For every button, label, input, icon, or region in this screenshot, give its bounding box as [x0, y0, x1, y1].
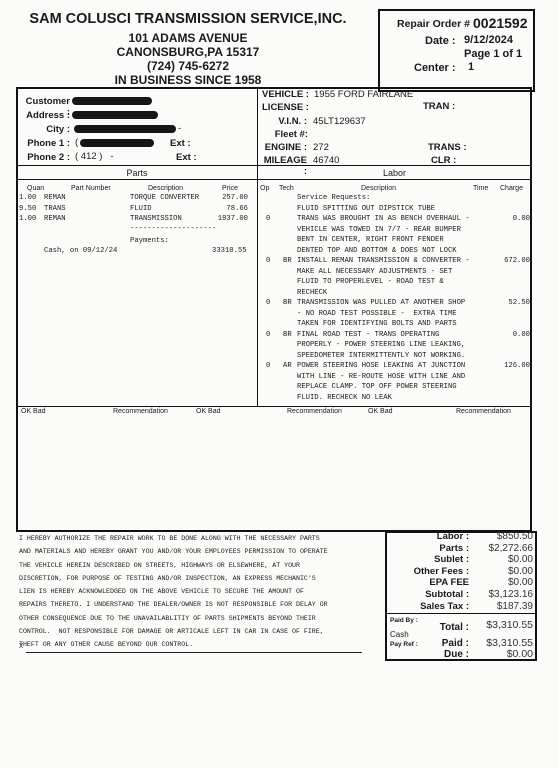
labor-header-description: Description: [361, 185, 396, 192]
rec-header-recommendation-3: Recommendation: [456, 408, 511, 415]
clr-label: CLR :: [431, 155, 456, 166]
labor-row-description: SPEEDOMETER INTERMITTENTLY NOT WORKING.: [297, 352, 465, 360]
labor-row-op: 0: [266, 299, 270, 307]
authorization-line: OTHER CONSEQUENCE DUE TO THE UNAVAILABLI…: [19, 612, 379, 625]
rec-header-okbad-1: OK Bad: [21, 408, 46, 415]
authorization-line: REPAIRS THERETO. I UNDERSTAND THE DEALER…: [19, 598, 379, 611]
totals-value: $187.39: [463, 601, 533, 612]
labor-header-charge: Charge: [500, 185, 523, 192]
parts-row-quantity: 9.50: [19, 205, 36, 213]
labor-row-description: BENT IN CENTER, RIGHT FRONT FENDER: [297, 236, 444, 244]
rec-header-okbad-3: OK Bad: [368, 408, 393, 415]
payment-amount: 33310.55: [212, 247, 247, 255]
totals-label: Sublet :: [389, 554, 469, 565]
labor-row-description: MAKE ALL NECESSARY ADJUSTMENTS - SET: [297, 268, 452, 276]
parts-row-quantity: 1.00: [19, 215, 36, 223]
labor-row-op: 0: [266, 215, 270, 223]
totals-label: EPA FEE: [389, 577, 469, 588]
totals-label: Subtotal :: [389, 589, 469, 600]
vehicle-label: VEHICLE :: [262, 89, 309, 100]
city-label: City :: [20, 124, 70, 135]
engine-label: ENGINE :: [262, 142, 307, 153]
totals-value: $0.00: [463, 566, 533, 577]
fleet-label: Fleet #:: [262, 129, 308, 140]
labor-row-charge: 52.50: [490, 299, 530, 307]
parts-row-quantity: 1.00: [19, 194, 36, 202]
labor-row-description: Service Requests:: [297, 194, 370, 202]
labor-row-description: - NO ROAD TEST POSSIBLE - EXTRA TIME: [297, 310, 457, 318]
date-value: 9/12/2024: [464, 34, 513, 46]
payment-line: Cash, on 09/12/24: [44, 247, 117, 255]
labor-row-description: POWER STEERING HOSE LEAKING AT JUNCTION: [297, 362, 465, 370]
repair-order-box: Repair Order # 0021592 Date : 9/12/2024 …: [378, 9, 535, 92]
authorization-line: THEFT OR ANY OTHER CAUSE BEYOND OUR CONT…: [19, 638, 379, 651]
parts-row-description: TRANSMISSION: [130, 215, 182, 223]
repair-order-label: Repair Order #: [397, 18, 470, 30]
center-value: 1: [468, 61, 474, 73]
labor-row-description: FLUID SPITTING OUT DIPSTICK TUBE: [297, 205, 435, 213]
divider-recommendations: [17, 406, 531, 407]
license-label: LICENSE :: [262, 102, 309, 113]
labor-row-charge: 672.00: [490, 257, 530, 265]
signature-mark: X: [19, 643, 23, 651]
totals-value: $2,272.66: [463, 543, 533, 554]
totals-label: Sales Tax :: [389, 601, 469, 612]
labor-header-op: Op: [260, 185, 269, 192]
labor-row-description: TRANSMISSION WAS PULLED AT ANOTHER SHOP: [297, 299, 465, 307]
labor-row-description: REPLACE CLAMP. TOP OFF POWER STEERING: [297, 383, 457, 391]
labor-row-tech: BR: [283, 257, 292, 265]
city-redacted: [74, 125, 176, 133]
total-label: Total :: [389, 622, 469, 633]
address-label: Address :: [20, 110, 70, 121]
labor-row-description: VEHICLE WAS TOWED IN 7/7 - REAR BUMPER: [297, 226, 461, 234]
phone1-label: Phone 1 :: [20, 138, 70, 149]
parts-header-quan: Quan: [27, 185, 44, 192]
payments-label: Payments:: [130, 237, 169, 245]
divider-customer-vehicle: [257, 88, 258, 406]
labor-row-description: TAKEN FOR IDENTIFYING BOLTS AND PARTS: [297, 320, 457, 328]
parts-row-price: 1937.00: [200, 215, 248, 223]
rec-header-recommendation-2: Recommendation: [287, 408, 342, 415]
company-name: SAM COLUSCI TRANSMISSION SERVICE,INC.: [20, 11, 356, 27]
parts-title: Parts: [17, 168, 257, 178]
parts-header-price: Price: [222, 185, 238, 192]
labor-row-charge: 0.00: [490, 215, 530, 223]
phone1-prefix: (: [75, 137, 78, 148]
labor-row-op: 0: [266, 331, 270, 339]
totals-value: $0.00: [463, 577, 533, 588]
labor-row-description: DENTED TOP AND BOTTOM & DOES NOT LOCK: [297, 247, 457, 255]
vin-label: V.I.N. :: [262, 116, 307, 127]
page-indicator: Page 1 of 1: [464, 48, 522, 60]
paid-label: Paid :: [389, 638, 469, 649]
authorization-line: I HEREBY AUTHORIZE THE REPAIR WORK TO BE…: [19, 532, 379, 545]
signature-line[interactable]: [26, 652, 362, 653]
mileage-value: 46740: [313, 155, 339, 166]
rec-header-recommendation-1: Recommendation: [113, 408, 168, 415]
city-suffix: -: [178, 123, 181, 134]
totals-value: $3,123.16: [463, 589, 533, 600]
totals-value: $0.00: [463, 554, 533, 565]
engine-value: 272: [313, 142, 329, 153]
address-redacted: [72, 111, 158, 119]
rec-header-okbad-2: OK Bad: [196, 408, 221, 415]
company-since: IN BUSINESS SINCE 1958: [20, 73, 356, 87]
labor-header-time: Time: [473, 185, 488, 192]
labor-row-description: RECHECK: [297, 289, 327, 297]
company-phone: (724) 745-6272: [20, 59, 356, 73]
labor-row-charge: 126.00: [490, 362, 530, 370]
ext2-label: Ext :: [176, 152, 200, 163]
phone2-value: ( 412 ) -: [75, 151, 114, 162]
labor-row-description: FLUID TO PROPERLEVEL - ROAD TEST &: [297, 278, 444, 286]
due-value: $0.00: [463, 648, 533, 660]
company-city: CANONSBURG,PA 15317: [20, 45, 356, 59]
authorization-line: CONTROL. NOT RESPONSIBLE FOR DAMAGE OR A…: [19, 625, 379, 638]
trans-label: TRANS :: [428, 142, 467, 153]
parts-header-description: Description: [148, 185, 183, 192]
authorization-line: LIEN IS HEREBY ACKNOWLEDGED ON THE ABOVE…: [19, 585, 379, 598]
labor-header-tech: Tech: [279, 185, 294, 192]
company-address: 101 ADAMS AVENUE: [20, 31, 356, 45]
labor-row-op: 0: [266, 257, 270, 265]
labor-title: Labor: [258, 168, 531, 178]
totals-divider: [386, 613, 536, 614]
parts-row-description: TORQUE CONVERTER: [130, 194, 199, 202]
parts-row-part-number: REMAN: [44, 215, 66, 223]
date-label: Date :: [425, 35, 456, 47]
center-label: Center :: [414, 62, 456, 74]
customer-name-redacted: [72, 97, 152, 105]
parts-row-description: FLUID: [130, 205, 152, 213]
authorization-line: THE VEHICLE HEREIN DESCRIBED ON STREETS,…: [19, 559, 379, 572]
parts-separator: --------------------: [130, 225, 216, 233]
labor-row-description: INSTALL REMAN TRANSMISSION & CONVERTER -: [297, 257, 470, 265]
parts-header-part-number: Part Number: [71, 185, 111, 192]
labor-row-description: FINAL ROAD TEST - TRANS OPERATING: [297, 331, 439, 339]
authorization-line: AND MATERIALS AND HEREBY GRANT YOU AND/O…: [19, 545, 379, 558]
labor-row-op: 0: [266, 362, 270, 370]
totals-label: Other Fees :: [389, 566, 469, 577]
authorization-text: I HEREBY AUTHORIZE THE REPAIR WORK TO BE…: [19, 532, 379, 652]
phone2-label: Phone 2 :: [20, 152, 70, 163]
parts-row-part-number: TRANS: [44, 205, 66, 213]
vehicle-value: 1955 FORD FAIRLANE: [314, 89, 413, 100]
labor-row-description: PROPERLY - POWER STEERING LINE LEAKING,: [297, 341, 465, 349]
ext1-label: Ext :: [170, 138, 194, 149]
divider-parts-header: [17, 179, 531, 180]
labor-row-tech: BR: [283, 331, 292, 339]
labor-row-description: FLUID. RECHECK NO LEAK: [297, 394, 392, 402]
repair-order-number: 0021592: [473, 15, 528, 31]
totals-value: $850.50: [463, 531, 533, 542]
totals-label: Labor :: [389, 531, 469, 542]
due-label: Due :: [389, 649, 469, 660]
labor-row-description: WITH LINE - RE-ROUTE HOSE WITH LINE AND: [297, 373, 465, 381]
parts-row-part-number: REMAN: [44, 194, 66, 202]
totals-label: Parts :: [389, 543, 469, 554]
labor-row-description: TRANS WAS BROUGHT IN AS BENCH OVERHAUL -: [297, 215, 470, 223]
authorization-line: DISCRETION, FOR PURPOSE OF TESTING AND/O…: [19, 572, 379, 585]
phone1-redacted: [80, 139, 154, 147]
vin-value: 45LT129637: [313, 116, 366, 127]
labor-row-charge: 0.00: [490, 331, 530, 339]
labor-row-tech: AR: [283, 362, 292, 370]
labor-row-tech: BR: [283, 299, 292, 307]
parts-row-price: 78.66: [200, 205, 248, 213]
total-value: $3,310.55: [463, 619, 533, 631]
tran-label: TRAN :: [423, 101, 455, 112]
parts-row-price: 257.00: [200, 194, 248, 202]
